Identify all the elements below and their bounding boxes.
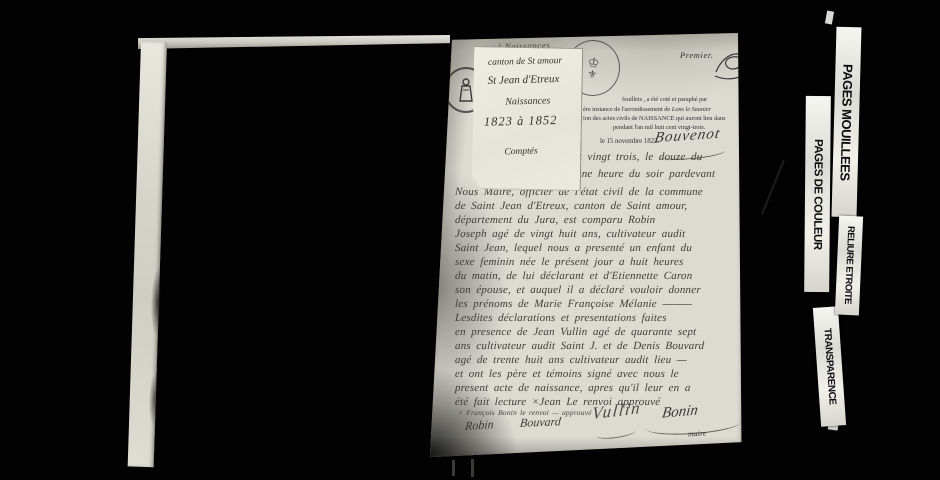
film-edge-smudge [148, 372, 157, 427]
slip-note: Comptés [504, 146, 538, 157]
act-text-line: Joseph agé de vingt huit ans, cultivateu… [455, 228, 686, 240]
act-text-line: agé de trente huit ans cultivateur audit… [455, 354, 687, 366]
signature-bouvard: Bouvard [519, 414, 561, 430]
act-text-line: département du Jura, est comparu Robin [455, 214, 656, 226]
act-text-line: Lesdites déclarations et presentations f… [455, 312, 667, 324]
label-strip-reliure-etroite: RELIURE ETROITE [835, 216, 863, 316]
label-strip-transparence: TRANSPARENCE [813, 306, 846, 426]
act-text-line: Saint Jean, lequel nous a presenté un en… [455, 242, 692, 254]
act-text-line: une heure du soir pardevant [576, 168, 716, 180]
act-text-line: ent vingt trois, le douze du [568, 151, 703, 163]
label-strip-pages-de-couleur: PAGES DE COULEUR [804, 96, 831, 292]
act-text-line: ans cultivateur audit Saint J. et de Den… [455, 340, 705, 352]
act-text-line: sexe feminin née le présent jour a huit … [455, 256, 684, 268]
slip-year-range: 1823 à 1852 [484, 113, 558, 130]
act-text-line: les prénoms de Marie Françoise Mélanie —… [455, 298, 693, 310]
signature-robin: Robin [465, 417, 495, 434]
page-edge-tick [452, 460, 455, 476]
act-text-line: son épouse, et auquel il a déclaré voulo… [455, 284, 701, 296]
label-strip-pages-mouillees: PAGES MOUILLEES [832, 27, 862, 218]
film-frame-top-edge [138, 35, 450, 49]
slip-acts-type-line: Naissances [505, 95, 550, 107]
microfilm-frame: 83. ♔ ⚜ à Naissances 49 Premier. feuille… [0, 0, 940, 480]
register-page: 83. ♔ ⚜ à Naissances 49 Premier. feuille… [428, 30, 744, 458]
act-text-line: du matin, de lui déclarant et d'Etiennet… [455, 270, 693, 282]
act-text-line: et ont les père et témoins signé avec no… [455, 368, 679, 380]
act-text-line: de Saint Jean d'Etreux, canton de Saint … [455, 200, 688, 212]
slip-canton-line: canton de St amour [488, 56, 562, 68]
act-text-line: en presence de Jean Vullin agé de quaran… [455, 326, 697, 338]
film-frame-left-edge [128, 42, 167, 468]
archival-slip: canton de St amour St Jean d'Etreux Nais… [472, 46, 583, 191]
page-edge-tick [471, 459, 474, 477]
corner-fragment-text: 83. [441, 42, 452, 52]
slip-commune-line: St Jean d'Etreux [488, 73, 560, 87]
film-scratch [761, 160, 785, 215]
film-edge-smudge [150, 267, 161, 337]
film-speck [825, 10, 834, 24]
act-text-line: present acte de naissance, apres qu'il l… [455, 382, 691, 394]
